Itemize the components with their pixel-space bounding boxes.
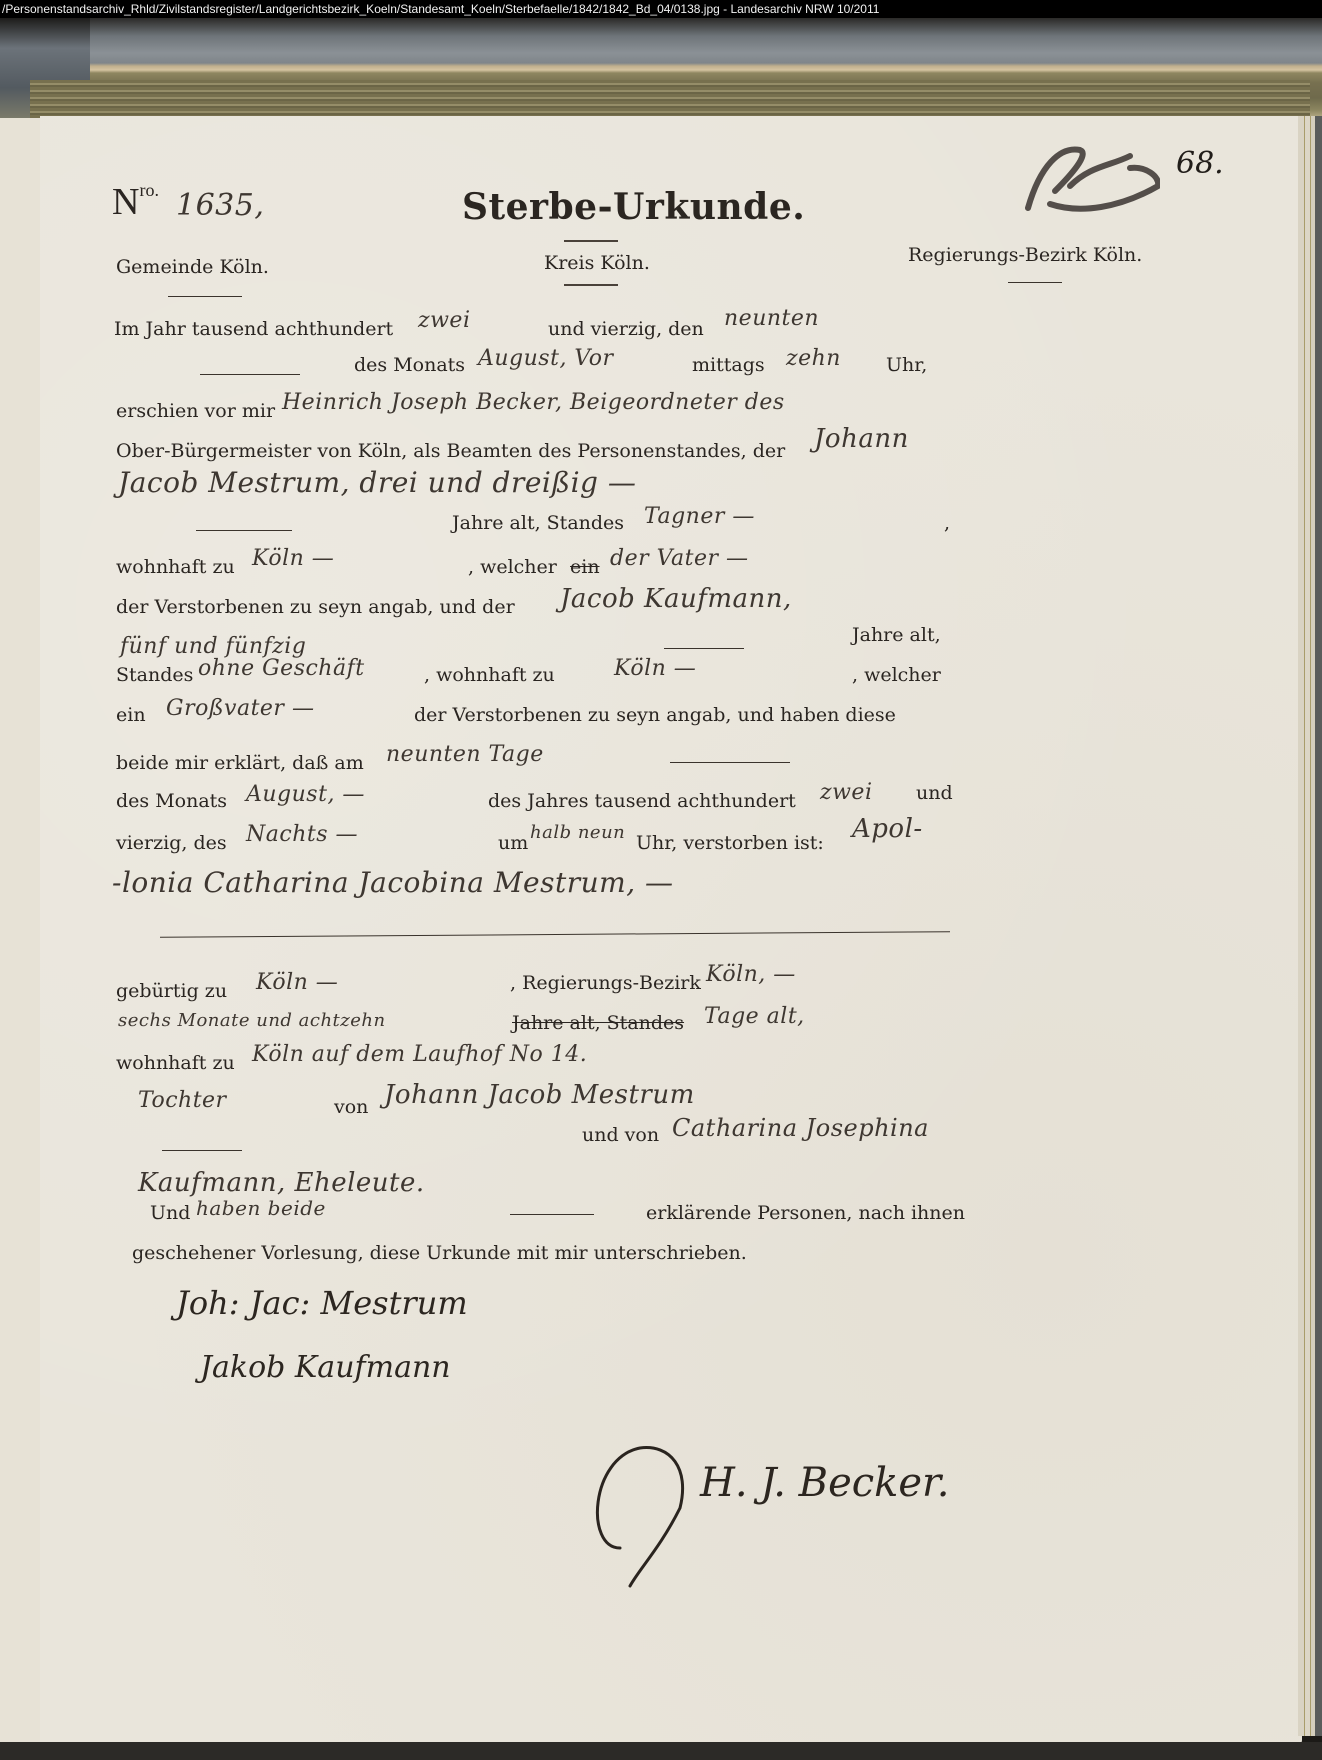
hand-relation-grandfather: Großvater — [166,696,314,721]
text-comma: , [944,512,950,534]
ink-stamp-mark [1010,136,1160,216]
record-number-label: Nro. [112,180,159,224]
text-und-cap: Und [150,1202,190,1224]
hand-death-year: zwei [820,780,872,805]
hand-relation-father: der Vater — [610,546,748,571]
signature-flourish-icon [580,1438,700,1588]
hand-father-name: Johann Jacob Mestrum [384,1080,695,1110]
text-und: und [916,782,953,804]
book-top-edge [0,18,1322,118]
hand-month: August, Vor [478,346,614,371]
hand-second-declarant: Jacob Kaufmann, [560,584,792,614]
blank-rule [162,1150,242,1151]
text-welcher-2: , welcher [852,664,941,686]
number-prefix-sup: ro. [139,180,159,200]
right-page-edges [1298,116,1322,1736]
signature-witness-kaufmann: Jakob Kaufmann [200,1350,451,1385]
text-ober-buergermeister: Ober-Bürgermeister von Köln, als Beamten… [116,440,785,462]
text-wohnhaft-zu-2: , wohnhaft zu [424,664,555,686]
hand-second-occupation: ohne Geschäft [198,656,365,681]
hand-child-relation: Tochter [138,1088,227,1113]
hand-death-month: August, — [246,782,365,807]
text-beide-erklaert: beide mir erklärt, daß am [116,752,364,774]
kreis-underline [564,284,618,286]
regierungsbezirk-label: Regierungs-Bezirk Köln. [908,244,1142,266]
text-erschien: erschien vor mir [116,400,275,422]
text-haben-diese: der Verstorbenen zu seyn angab, und habe… [414,704,896,726]
archive-path-caption: /Personenstandsarchiv_Rhld/Zivilstandsre… [2,2,879,16]
kreis-label: Kreis Köln. [544,252,650,274]
text-des-monats: des Monats [354,354,465,376]
text-des-monats-2: des Monats [116,790,227,812]
text-uhr: Uhr, [886,354,927,376]
stamp-scribble-icon [1010,136,1160,216]
text-wohnhaft-zu-3: wohnhaft zu [116,1052,235,1074]
text-year-intro: Im Jahr tausend achthundert [114,318,393,340]
text-verstorbenen-angab: der Verstorbenen zu seyn angab, und der [116,596,515,618]
hand-declarant-first-name: Johann [814,424,909,454]
hand-second-residence: Köln — [614,656,696,681]
text-standes: Standes [116,664,193,686]
blank-rule [196,530,292,531]
text-uhr-verstorben: Uhr, verstorben ist: [636,832,824,854]
hand-death-time-of-day: Nachts — [246,822,358,847]
text-des-jahres: des Jahres tausend achthundert [488,790,796,812]
hand-deceased-name: -lonia Catharina Jacobina Mestrum, — [112,866,674,899]
regierungsbezirk-underline [1008,282,1062,283]
text-und-vierzig: und vierzig, den [548,318,704,340]
signature-witness-mestrum: Joh: Jac: Mestrum [176,1284,468,1322]
text-welcher: , welcher [468,556,557,578]
text-von: von [334,1096,368,1118]
record-number-value: 1635, [176,188,264,223]
number-prefix: N [112,181,139,223]
hand-deceased-name-start: Apol- [852,814,923,844]
hand-residence: Köln — [252,546,334,571]
text-geschehener-vorlesung: geschehener Vorlesung, diese Urkunde mit… [132,1242,747,1264]
hand-death-day: neunten Tage [386,742,544,767]
hand-day: neunten [724,306,819,331]
gemeinde-underline [168,296,242,297]
hand-deceased-address: Köln auf dem Laufhof No 14. [252,1042,587,1067]
text-gebuertig-zu: gebürtig zu [116,980,227,1002]
document-title: Sterbe-Urkunde. [462,186,805,228]
text-jahre-alt-standes-struck: Jahre alt, Standes [512,1012,684,1034]
hand-declarant-name-age: Jacob Mestrum, drei und dreißig — [118,466,636,499]
hand-occupation: Tagner — [644,504,755,529]
hand-haben-beide: haben beide [196,1196,326,1220]
text-vierzig-des: vierzig, des [116,832,227,854]
hand-year: zwei [418,308,470,333]
bottom-shadow [0,1742,1322,1760]
blank-rule [664,648,744,649]
text-erklaerende-personen: erklärende Personen, nach ihnen [646,1202,965,1224]
hand-official-name: Heinrich Joseph Becker, Beigeordneter de… [282,390,785,415]
hand-hour: zehn [786,346,841,371]
text-mittags: mittags [692,354,765,376]
text-und-von: und von [582,1124,659,1146]
text-regierungsbezirk: , Regierungs-Bezirk [510,972,701,994]
blank-rule [200,374,300,375]
folio-number: 68. [1176,146,1224,181]
text-um: um [498,832,528,854]
hand-death-hour: halb neun [530,822,625,843]
archive-caption-bar: /Personenstandsarchiv_Rhld/Zivilstandsre… [0,0,1322,18]
text-ein: ein [116,704,146,726]
text-ein-struck: ein [570,556,600,578]
hand-birth-district: Köln, — [706,962,796,987]
blank-rule [670,762,790,763]
hand-mother-name: Catharina Josephina [672,1114,929,1142]
title-underline [564,240,618,242]
hand-deceased-age-days: Tage alt, [704,1004,805,1029]
hand-mother-surname: Kaufmann, Eheleute. [138,1168,425,1198]
blank-rule [510,1214,594,1215]
text-jahre-alt-standes: Jahre alt, Standes [452,512,624,534]
text-wohnhaft-zu: wohnhaft zu [116,556,235,578]
hand-birthplace: Köln — [256,970,338,995]
text-jahre-alt: Jahre alt, [852,624,941,646]
signature-official-becker: H. J. Becker. [700,1460,950,1506]
hand-deceased-age: sechs Monate und achtzehn [118,1010,386,1031]
gemeinde-label: Gemeinde Köln. [116,256,269,278]
left-facing-page [0,118,42,1748]
